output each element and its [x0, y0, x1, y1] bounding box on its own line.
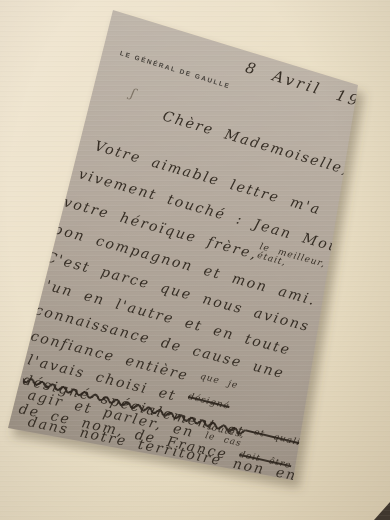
letter-photo: LE GÉNÉRAL DE GAULLE 8 Avril 1947. ʃ Chè…	[0, 0, 390, 520]
pencil-mark: ʃ	[128, 86, 136, 101]
printed-letterhead: LE GÉNÉRAL DE GAULLE	[119, 50, 231, 90]
struck-out-text: désigné	[187, 392, 231, 412]
handwriting-segment: que je	[199, 372, 239, 391]
